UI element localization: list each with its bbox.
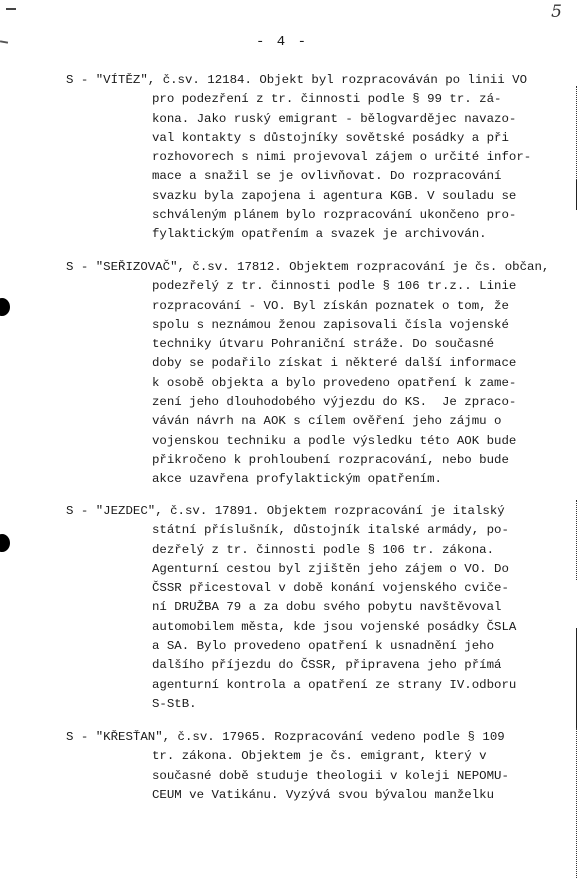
text-line: rozpracování - VO. Byl získán poznatek o…: [152, 297, 571, 316]
entry-codename: "VÍTĚZ",: [96, 73, 156, 87]
entry-body: podezřelý z tr. činnosti podle § 106 tr.…: [152, 277, 571, 489]
text-line: schváleným plánem bylo rozpracování ukon…: [152, 206, 571, 225]
text-line: současné době studuje theologii v koleji…: [152, 767, 571, 786]
text-line: mace a snažil se je ovlivňovat. Do rozpr…: [152, 167, 571, 186]
page-edge-line: [576, 180, 577, 210]
text-line: vojenskou techniku a podle výsledku této…: [152, 432, 571, 451]
entry-marker: S -: [66, 730, 88, 744]
entry-heading: S - "VÍTĚZ", č.sv. 12184. Objekt byl roz…: [66, 71, 571, 90]
text-line: val kontakty s důstojníky sovětské posád…: [152, 129, 571, 148]
text-line: spolu s neznámou ženou zapisovali čísla …: [152, 316, 571, 335]
page-edge-line: [576, 628, 577, 728]
text-line: dalšího příjezdu do ČSSR, připravena jeh…: [152, 656, 571, 675]
scan-mark: [6, 8, 16, 10]
text-line: tr. zákona. Objektem je čs. emigrant, kt…: [152, 747, 571, 766]
text-line: automobilem města, kde jsou vojenské pos…: [152, 618, 571, 637]
entry-head-text: č.sv. 17812. Objektem rozpracování je čs…: [192, 260, 549, 274]
text-line: svazku byla zapojena i agentura KGB. V s…: [152, 187, 571, 206]
text-line: akce uzavřena profylaktickým opatřením.: [152, 470, 571, 489]
text-line: techniky útvaru Pohraniční stráže. Do so…: [152, 335, 571, 354]
text-line: zení jeho dlouhodobého výjezdu do KS. Je…: [152, 393, 571, 412]
entry-heading: S - "KŘESŤAN", č.sv. 17965. Rozpracování…: [66, 728, 571, 747]
text-line: a SA. Bylo provedeno opatření k usnadněn…: [152, 637, 571, 656]
entry-codename: "JEZDEC",: [96, 504, 163, 518]
text-line: fylaktickým opatřením a svazek je archiv…: [152, 225, 571, 244]
page-edge-line: [576, 86, 577, 186]
text-line: ní DRUŽBA 79 a za dobu svého pobytu navš…: [152, 598, 571, 617]
entry-krestan: S - "KŘESŤAN", č.sv. 17965. Rozpracování…: [66, 728, 571, 805]
entry-body: tr. zákona. Objektem je čs. emigrant, kt…: [152, 747, 571, 805]
text-line: dezřelý z tr. činnosti podle § 106 tr. z…: [152, 541, 571, 560]
entry-body: státní příslušník, důstojník italské arm…: [152, 521, 571, 714]
text-line: ČSSR přicestoval v době konání vojenskéh…: [152, 579, 571, 598]
text-line: pro podezření z tr. činnosti podle § 99 …: [152, 90, 571, 109]
entry-serizovac: S - "SEŘIZOVAČ", č.sv. 17812. Objektem r…: [66, 258, 571, 490]
text-line: kona. Jako ruský emigrant - bělogvarděje…: [152, 110, 571, 129]
text-line: k osobě objekta a bylo provedeno opatřen…: [152, 374, 571, 393]
entry-body: pro podezření z tr. činnosti podle § 99 …: [152, 90, 571, 244]
entry-head-text: č.sv. 12184. Objekt byl rozpracováván po…: [163, 73, 527, 87]
text-line: doby se podařilo získat i některé další …: [152, 354, 571, 373]
handwritten-page-number: 5: [551, 2, 562, 22]
entry-marker: S -: [66, 73, 88, 87]
entry-head-text: č.sv. 17965. Rozpracování vedeno podle §…: [178, 730, 505, 744]
document-page: 5 - 4 - S - "VÍTĚZ", č.sv. 12184. Objekt…: [0, 0, 588, 879]
entry-codename: "SEŘIZOVAČ",: [96, 260, 185, 274]
page-edge-line: [576, 728, 577, 878]
entry-marker: S -: [66, 260, 88, 274]
page-number: - 4 -: [256, 34, 308, 50]
text-line: státní příslušník, důstojník italské arm…: [152, 521, 571, 540]
text-line: agenturní kontrola a opatření ze strany …: [152, 676, 571, 695]
entry-jezdec: S - "JEZDEC", č.sv. 17891. Objektem rozp…: [66, 502, 571, 714]
text-line: váván návrh na AOK s cílem ověření jeho …: [152, 412, 571, 431]
punch-hole-icon: [0, 298, 10, 316]
text-line: rozhovorech s nimi projevoval zájem o ur…: [152, 148, 571, 167]
text-line: Agenturní cestou byl zjištěn jeho zájem …: [152, 560, 571, 579]
entry-marker: S -: [66, 504, 88, 518]
entry-heading: S - "JEZDEC", č.sv. 17891. Objektem rozp…: [66, 502, 571, 521]
entry-codename: "KŘESŤAN",: [96, 730, 170, 744]
entry-head-text: č.sv. 17891. Objektem rozpracování je it…: [170, 504, 505, 518]
text-line: podezřelý z tr. činnosti podle § 106 tr.…: [152, 277, 571, 296]
page-edge-line: [576, 500, 577, 580]
text-line: CEUM ve Vatikánu. Vyzývá svou bývalou ma…: [152, 786, 571, 805]
entry-vitez: S - "VÍTĚZ", č.sv. 12184. Objekt byl roz…: [66, 71, 571, 245]
punch-hole-icon: [0, 534, 10, 552]
entry-heading: S - "SEŘIZOVAČ", č.sv. 17812. Objektem r…: [66, 258, 571, 277]
scan-mark: [0, 40, 8, 43]
text-line: S-StB.: [152, 695, 571, 714]
text-line: přikročeno k prohloubení rozpracování, n…: [152, 451, 571, 470]
